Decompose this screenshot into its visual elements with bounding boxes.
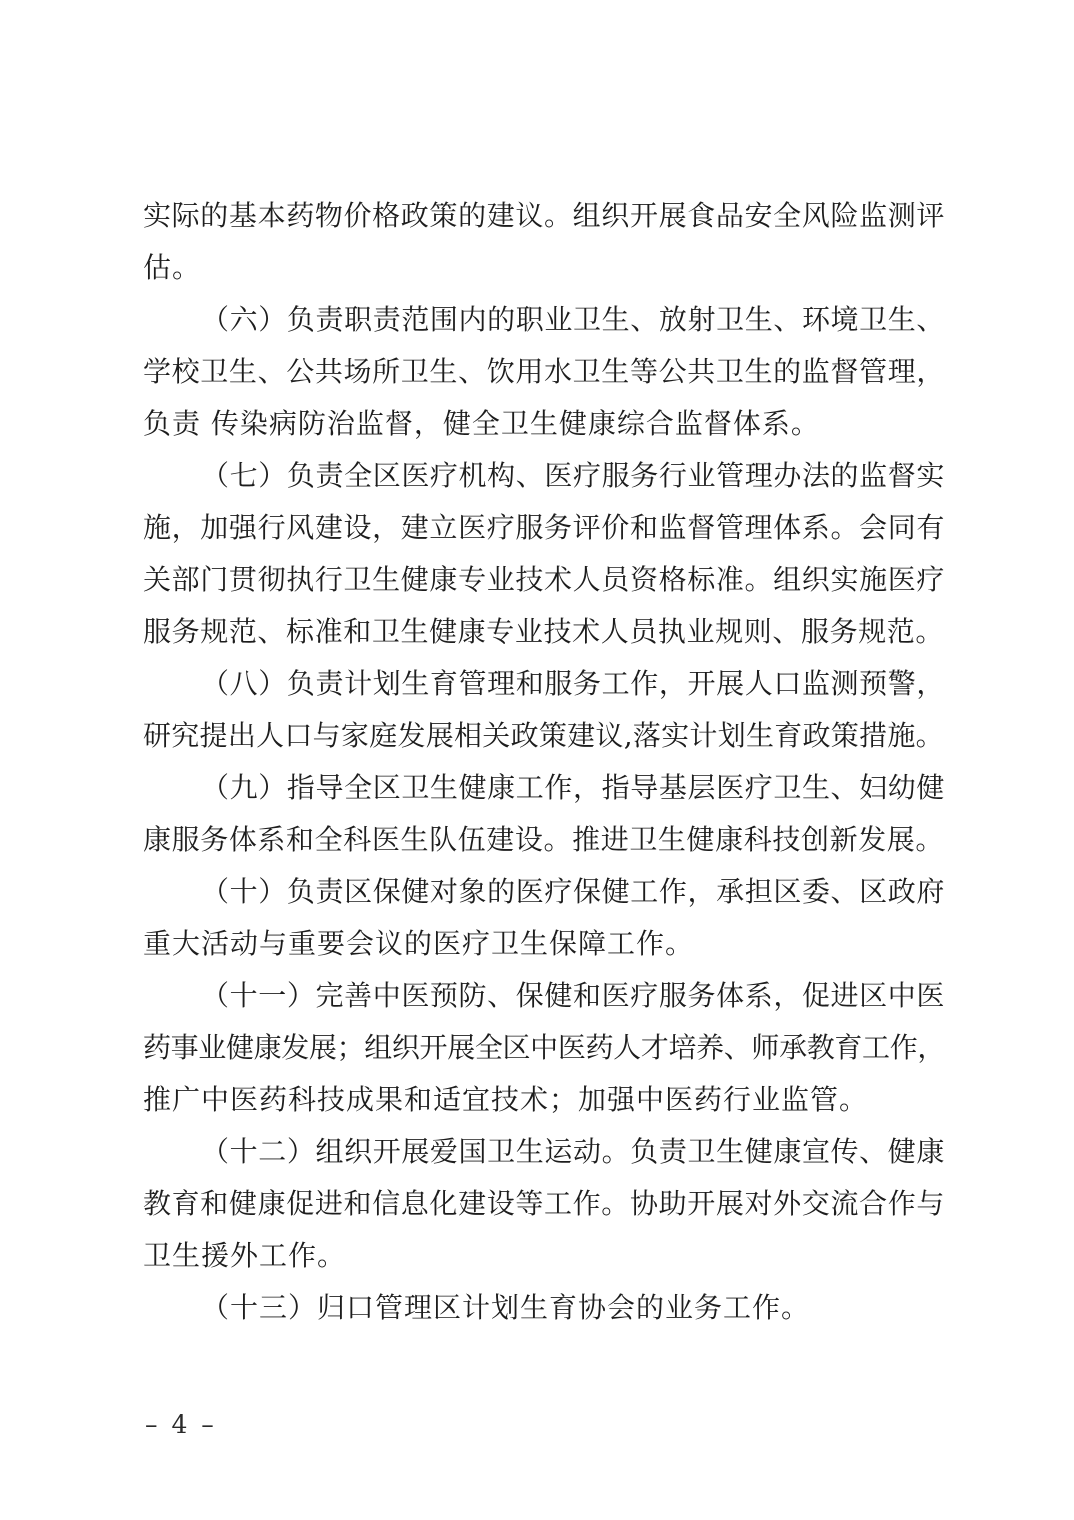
paragraph: （十）负责区保健对象的医疗保健工作，承担区委、区政府重大活动与重要会议的医疗卫生… — [143, 866, 945, 970]
paragraph: （八）负责计划生育管理和服务工作，开展人口监测预警，研究提出人口与家庭发展相关政… — [143, 658, 945, 762]
document-body: 实际的基本药物价格政策的建议。组织开展食品安全风险监测评估。（六）负责职责范围内… — [143, 190, 945, 1334]
text-line: （八）负责计划生育管理和服务工作，开展人口监测预警， — [143, 658, 945, 710]
paragraph: （九）指导全区卫生健康工作，指导基层医疗卫生、妇幼健康服务体系和全科医生队伍建设… — [143, 762, 945, 866]
paragraph: （十一）完善中医预防、保健和医疗服务体系，促进区中医药事业健康发展；组织开展全区… — [143, 970, 945, 1126]
text-line: 负责 传染病防治监督，健全卫生健康综合监督体系。 — [143, 398, 945, 450]
paragraph: （七）负责全区医疗机构、医疗服务行业管理办法的监督实施，加强行风建设，建立医疗服… — [143, 450, 945, 658]
text-line: 重大活动与重要会议的医疗卫生保障工作。 — [143, 918, 945, 970]
text-line: 服务规范、标准和卫生健康专业技术人员执业规则、服务规范。 — [143, 606, 945, 658]
paragraph: 实际的基本药物价格政策的建议。组织开展食品安全风险监测评估。 — [143, 190, 945, 294]
text-line: （七）负责全区医疗机构、医疗服务行业管理办法的监督实 — [143, 450, 945, 502]
text-line: 施，加强行风建设，建立医疗服务评价和监督管理体系。会同有 — [143, 502, 945, 554]
text-line: 康服务体系和全科医生队伍建设。推进卫生健康科技创新发展。 — [143, 814, 945, 866]
text-line: 学校卫生、公共场所卫生、饮用水卫生等公共卫生的监督管理， — [143, 346, 945, 398]
text-line: 推广中医药科技成果和适宜技术；加强中医药行业监管。 — [143, 1074, 945, 1126]
text-line: （九）指导全区卫生健康工作，指导基层医疗卫生、妇幼健 — [143, 762, 945, 814]
paragraph: （十三）归口管理区计划生育协会的业务工作。 — [143, 1282, 945, 1334]
paragraph: （六）负责职责范围内的职业卫生、放射卫生、环境卫生、学校卫生、公共场所卫生、饮用… — [143, 294, 945, 450]
text-line: 药事业健康发展；组织开展全区中医药人才培养、师承教育工作， — [143, 1022, 945, 1074]
text-line: 估。 — [143, 242, 945, 294]
text-line: （六）负责职责范围内的职业卫生、放射卫生、环境卫生、 — [143, 294, 945, 346]
text-line: （十一）完善中医预防、保健和医疗服务体系，促进区中医 — [143, 970, 945, 1022]
text-line: 关部门贯彻执行卫生健康专业技术人员资格标准。组织实施医疗 — [143, 554, 945, 606]
text-line: 卫生援外工作。 — [143, 1230, 945, 1282]
text-line: （十三）归口管理区计划生育协会的业务工作。 — [143, 1282, 945, 1334]
text-line: （十）负责区保健对象的医疗保健工作，承担区委、区政府 — [143, 866, 945, 918]
text-line: 教育和健康促进和信息化建设等工作。协助开展对外交流合作与 — [143, 1178, 945, 1230]
text-line: （十二）组织开展爱国卫生运动。负责卫生健康宣传、健康 — [143, 1126, 945, 1178]
text-line: 研究提出人口与家庭发展相关政策建议,落实计划生育政策措施。 — [143, 710, 945, 762]
text-line: 实际的基本药物价格政策的建议。组织开展食品安全风险监测评 — [143, 190, 945, 242]
paragraph: （十二）组织开展爱国卫生运动。负责卫生健康宣传、健康教育和健康促进和信息化建设等… — [143, 1126, 945, 1282]
page-number: – 4 – — [145, 1410, 217, 1440]
